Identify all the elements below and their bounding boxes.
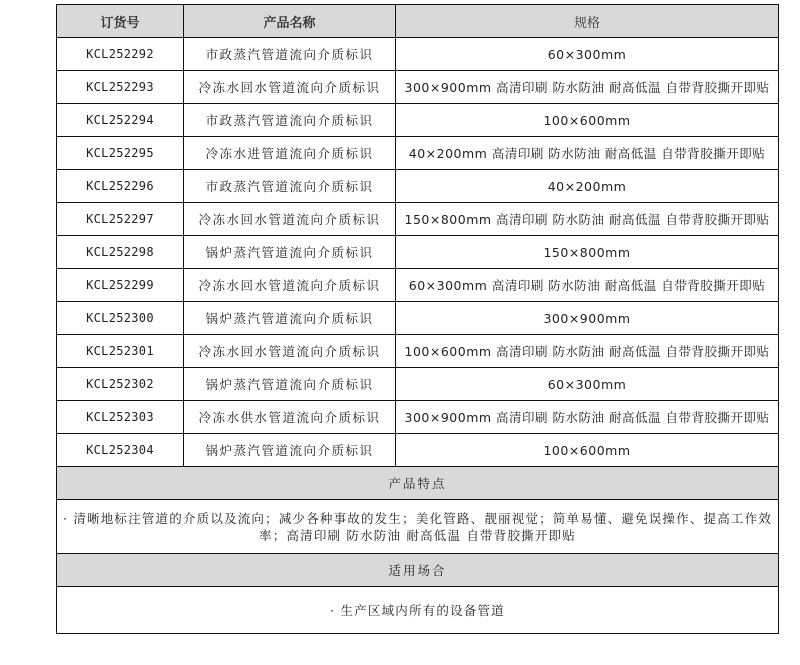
- specification-cell: 40×200mm 高清印刷 防水防油 耐高低温 自带背胶撕开即贴: [396, 137, 779, 170]
- order-code-cell: KCL252299: [57, 269, 184, 302]
- specification-cell: 150×800mm 高清印刷 防水防油 耐高低温 自带背胶撕开即贴: [396, 203, 779, 236]
- table-header-row: 订货号 产品名称 规格: [57, 5, 779, 38]
- order-code-cell: KCL252295: [57, 137, 184, 170]
- order-code-cell: KCL252296: [57, 170, 184, 203]
- header-product-name: 产品名称: [184, 5, 396, 38]
- product-name-cell: 冷冻水回水管道流向介质标识: [184, 269, 396, 302]
- table-row: KCL252295冷冻水进管道流向介质标识40×200mm 高清印刷 防水防油 …: [57, 137, 779, 170]
- table-row: KCL252297冷冻水回水管道流向介质标识150×800mm 高清印刷 防水防…: [57, 203, 779, 236]
- order-code-cell: KCL252301: [57, 335, 184, 368]
- features-title: 产品特点: [57, 467, 779, 500]
- table-row: KCL252299冷冻水回水管道流向介质标识60×300mm 高清印刷 防水防油…: [57, 269, 779, 302]
- product-name-cell: 市政蒸汽管道流向介质标识: [184, 38, 396, 71]
- product-spec-table: 订货号 产品名称 规格 KCL252292市政蒸汽管道流向介质标识60×300m…: [56, 4, 779, 634]
- usage-header-row: 适用场合: [57, 554, 779, 587]
- order-code-cell: KCL252297: [57, 203, 184, 236]
- specification-cell: 300×900mm 高清印刷 防水防油 耐高低温 自带背胶撕开即贴: [396, 401, 779, 434]
- product-name-cell: 冷冻水回水管道流向介质标识: [184, 71, 396, 104]
- table-row: KCL252292市政蒸汽管道流向介质标识60×300mm: [57, 38, 779, 71]
- table-row: KCL252293冷冻水回水管道流向介质标识300×900mm 高清印刷 防水防…: [57, 71, 779, 104]
- header-specification: 规格: [396, 5, 779, 38]
- order-code-cell: KCL252304: [57, 434, 184, 467]
- table-row: KCL252301冷冻水回水管道流向介质标识100×600mm 高清印刷 防水防…: [57, 335, 779, 368]
- specification-cell: 100×600mm: [396, 434, 779, 467]
- table-row: KCL252303冷冻水供水管道流向介质标识300×900mm 高清印刷 防水防…: [57, 401, 779, 434]
- table-row: KCL252294市政蒸汽管道流向介质标识100×600mm: [57, 104, 779, 137]
- table-row: KCL252302锅炉蒸汽管道流向介质标识60×300mm: [57, 368, 779, 401]
- order-code-cell: KCL252300: [57, 302, 184, 335]
- features-body-row: · 清晰地标注管道的介质以及流向；减少各种事故的发生；美化管路、靓丽视觉；简单易…: [57, 500, 779, 554]
- product-name-cell: 冷冻水回水管道流向介质标识: [184, 203, 396, 236]
- specification-cell: 40×200mm: [396, 170, 779, 203]
- product-name-cell: 市政蒸汽管道流向介质标识: [184, 104, 396, 137]
- specification-cell: 60×300mm: [396, 368, 779, 401]
- table-row: KCL252298锅炉蒸汽管道流向介质标识150×800mm: [57, 236, 779, 269]
- features-header-row: 产品特点: [57, 467, 779, 500]
- order-code-cell: KCL252298: [57, 236, 184, 269]
- specification-cell: 150×800mm: [396, 236, 779, 269]
- table-row: KCL252304锅炉蒸汽管道流向介质标识100×600mm: [57, 434, 779, 467]
- header-order-code: 订货号: [57, 5, 184, 38]
- order-code-cell: KCL252302: [57, 368, 184, 401]
- order-code-cell: KCL252292: [57, 38, 184, 71]
- order-code-cell: KCL252303: [57, 401, 184, 434]
- product-name-cell: 市政蒸汽管道流向介质标识: [184, 170, 396, 203]
- specification-cell: 300×900mm: [396, 302, 779, 335]
- product-name-cell: 锅炉蒸汽管道流向介质标识: [184, 434, 396, 467]
- table-row: KCL252300锅炉蒸汽管道流向介质标识300×900mm: [57, 302, 779, 335]
- order-code-cell: KCL252293: [57, 71, 184, 104]
- product-name-cell: 锅炉蒸汽管道流向介质标识: [184, 302, 396, 335]
- order-code-cell: KCL252294: [57, 104, 184, 137]
- specification-cell: 60×300mm: [396, 38, 779, 71]
- product-name-cell: 锅炉蒸汽管道流向介质标识: [184, 368, 396, 401]
- specification-cell: 60×300mm 高清印刷 防水防油 耐高低温 自带背胶撕开即贴: [396, 269, 779, 302]
- usage-title: 适用场合: [57, 554, 779, 587]
- features-text: · 清晰地标注管道的介质以及流向；减少各种事故的发生；美化管路、靓丽视觉；简单易…: [57, 500, 779, 554]
- usage-body-row: · 生产区域内所有的设备管道: [57, 587, 779, 634]
- specification-cell: 100×600mm 高清印刷 防水防油 耐高低温 自带背胶撕开即贴: [396, 335, 779, 368]
- product-name-cell: 冷冻水供水管道流向介质标识: [184, 401, 396, 434]
- product-name-cell: 冷冻水进管道流向介质标识: [184, 137, 396, 170]
- product-name-cell: 锅炉蒸汽管道流向介质标识: [184, 236, 396, 269]
- usage-text: · 生产区域内所有的设备管道: [57, 587, 779, 634]
- table-row: KCL252296市政蒸汽管道流向介质标识40×200mm: [57, 170, 779, 203]
- specification-cell: 100×600mm: [396, 104, 779, 137]
- product-name-cell: 冷冻水回水管道流向介质标识: [184, 335, 396, 368]
- specification-cell: 300×900mm 高清印刷 防水防油 耐高低温 自带背胶撕开即贴: [396, 71, 779, 104]
- table-body: KCL252292市政蒸汽管道流向介质标识60×300mmKCL252293冷冻…: [57, 38, 779, 467]
